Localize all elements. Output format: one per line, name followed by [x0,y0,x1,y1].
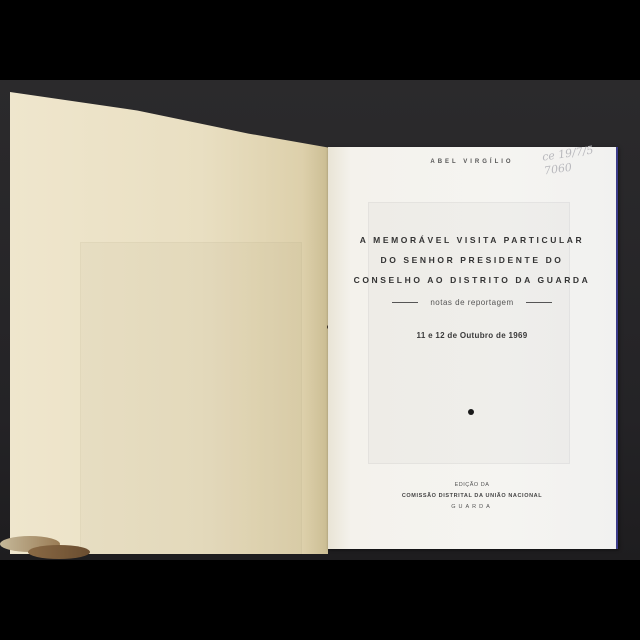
ink-dot [468,409,474,415]
title-line-2: DO SENHOR PRESIDENTE DO [328,255,616,265]
edition-line-1: EDIÇÃO DA [328,482,616,488]
stones-paperweight [0,533,90,559]
title-line-1: A MEMORÁVEL VISITA PARTICULAR [328,235,616,245]
handwritten-annotation: ce 19/7/5 7060 [541,144,596,179]
left-page-bleed-through [80,242,302,604]
title-line-3: CONSELHO AO DISTRITO DA GUARDA [328,275,616,285]
left-page-blank [10,92,328,554]
rule-left [392,302,418,303]
title-page: ABEL VIRGÍLIO ce 19/7/5 7060 A MEMORÁVEL… [328,147,618,549]
stone [28,545,90,559]
subtitle-text: notas de reportagem [430,298,513,307]
subtitle: notas de reportagem [328,298,616,307]
edition-publisher: COMISSÃO DISTRITAL DA UNIÃO NACIONAL [328,493,616,499]
edition-place: GUARDA [328,504,616,510]
rule-right [526,302,552,303]
visit-date: 11 e 12 de Outubro de 1969 [328,331,616,340]
